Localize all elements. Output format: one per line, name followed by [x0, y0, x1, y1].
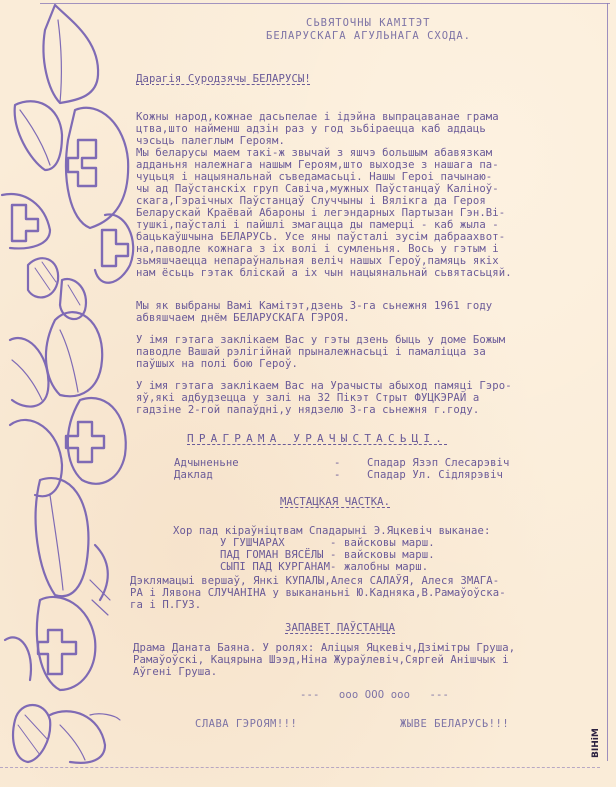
program-item-dash: - [334, 470, 340, 482]
text-line: Аўгені Груша. [133, 667, 217, 679]
song-dash: - [330, 562, 336, 574]
program-item-label: Даклад [174, 470, 213, 482]
closing-right: ЖЫВЕ БЕЛАРУСЬ!!! [400, 719, 509, 731]
archive-stamp: BIHiM [591, 728, 601, 758]
text-line: нам ёсьць гэтак бліскай а іх чын нацыяна… [136, 268, 512, 280]
salutation: Дарагія Суродзячы БЕЛАРУСЫ! [136, 74, 311, 86]
frame-right-border [607, 3, 608, 761]
divider: --- ооо ООО ооо --- [300, 690, 449, 702]
program-heading: ПРАГРАМА УРАЧЫСТАСЬЦІ. [187, 433, 447, 445]
committee-title-line2: БЕЛАРУСКАГА АГУЛЬНАГА СХОДА. [266, 31, 471, 43]
text-line: паўшых на полі бою Героў. [136, 359, 298, 371]
program-item-value: Спадар Ул. Сідлярэвіч [367, 470, 503, 482]
art-section-heading: МАСТАЦКАЯ ЧАСТКА. [280, 497, 390, 509]
text-line: гадзіне 2-гой папаўдні,у нядзелю 3-га сь… [136, 405, 479, 417]
closing-left: СЛАВА ГЭРОЯМ!!! [195, 719, 297, 731]
drama-heading: ЗАПАВЕТ ПАЎСТАНЦА [285, 623, 395, 635]
text-line: га і П.ГУЗ. [130, 600, 201, 612]
song-title: СЫПІ ПАД КУРГАНАМ [220, 562, 330, 574]
document-page: СЬВЯТОЧНЫ КАМІТЭТ БЕЛАРУСКАГА АГУЛЬНАГА … [0, 0, 616, 787]
song-type: жалобны марш. [344, 562, 428, 574]
committee-title-line1: СЬВЯТОЧНЫ КАМІТЭТ [306, 18, 430, 30]
oak-leaf-cross-border-icon [0, 0, 140, 787]
text-line: абвяшчаем днём БЕЛАРУСКАГА ГЭРОЯ. [136, 313, 350, 325]
